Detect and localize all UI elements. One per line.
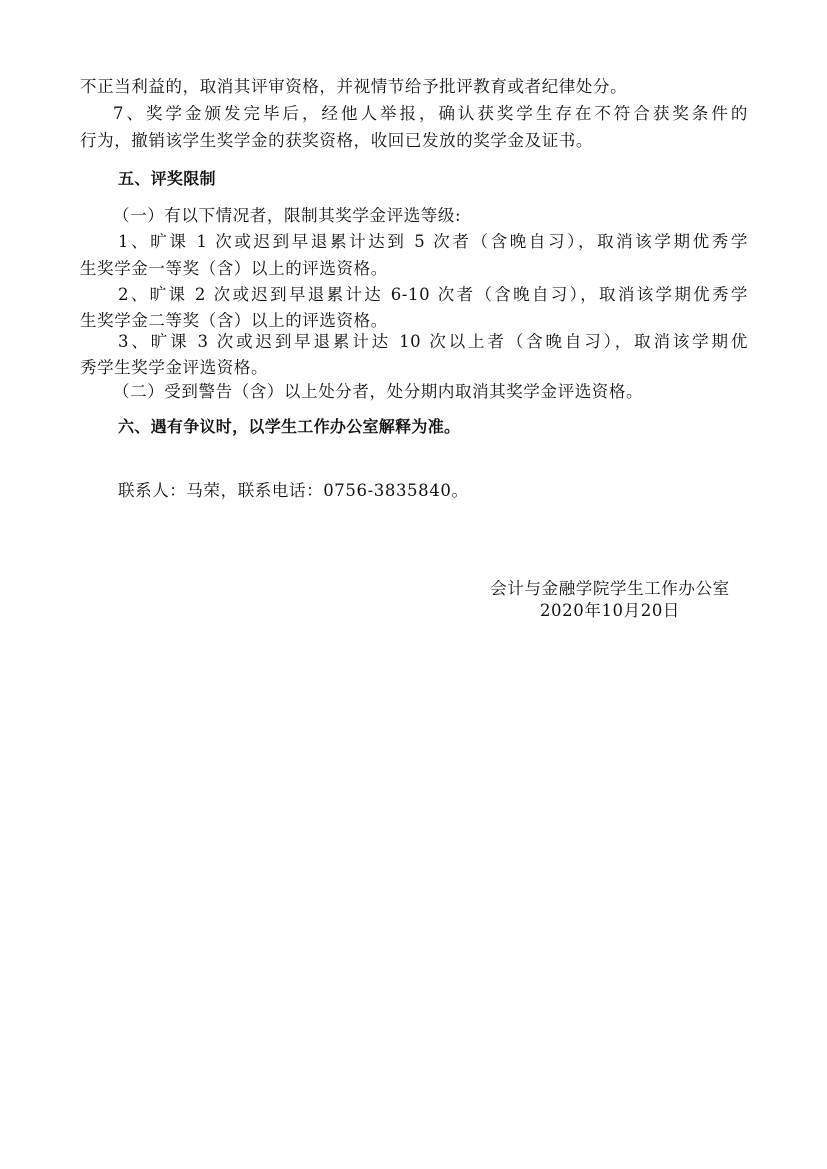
item-3-line2: 秀学生奖学金评选资格。 [80, 357, 268, 379]
section-5-subsection-1: （一）有以下情况者，限制其奖学金评选等级: [113, 205, 461, 227]
item-1-line1: 1、旷课 1 次或迟到早退累计达到 5 次者（含晚自习），取消该学期优秀学 [118, 231, 748, 253]
signature-date: 2020年10月20日 [470, 600, 750, 622]
section-5-subsection-2: （二）受到警告（含）以上处分者，处分期内取消其奖学金评选资格。 [113, 381, 643, 403]
signature-office: 会计与金融学院学生工作办公室 [470, 578, 750, 600]
item-2-line2: 生奖学金二等奖（含）以上的评选资格。 [80, 310, 388, 332]
paragraph-7-line1: 7、奖学金颁发完毕后，经他人举报，确认获奖学生存在不符合获奖条件的 [113, 103, 748, 125]
paragraph-7-line2: 行为，撤销该学生奖学金的获奖资格，收回已发放的奖学金及证书。 [80, 130, 593, 152]
paragraph-6-continuation: 不正当利益的，取消其评审资格，并视情节给予批评教育或者纪律处分。 [80, 76, 627, 98]
item-1-line2: 生奖学金一等奖（含）以上的评选资格。 [80, 258, 388, 280]
item-3-line1: 3、旷课 3 次或迟到早退累计达 10 次以上者（含晚自习），取消该学期优 [118, 331, 748, 353]
document-page: 不正当利益的，取消其评审资格，并视情节给予批评教育或者纪律处分。 7、奖学金颁发… [0, 0, 827, 1169]
contact-info: 联系人：马荣，联系电话：0756-3835840。 [118, 480, 469, 502]
item-2-line1: 2、旷课 2 次或迟到早退累计达 6-10 次者（含晚自习），取消该学期优秀学 [118, 284, 748, 306]
section-5-heading: 五、评奖限制 [118, 168, 216, 190]
section-6-heading: 六、遇有争议时，以学生工作办公室解释为准。 [118, 416, 460, 438]
